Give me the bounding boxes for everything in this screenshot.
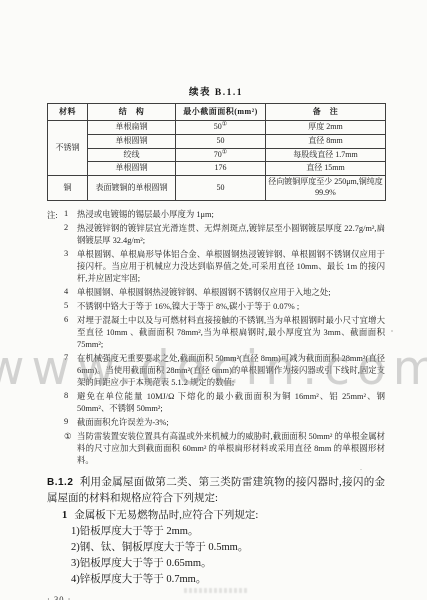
note-number: 3 <box>64 249 77 285</box>
material-cell-copper: 铜 <box>48 176 88 201</box>
structure-cell: 表面镀铜的单根圆钢 <box>88 176 176 201</box>
note-text: 对埋于混凝土中以及与可燃材料直接接触的不锈钢,当为单根圆钢时最小尺寸宜增大至直径… <box>77 315 385 351</box>
section-item-text: 金属板下无易燃物品时,应符合下列规定: <box>74 510 258 521</box>
page-number: · 30 · <box>47 594 385 600</box>
area-value: 50 <box>214 122 222 131</box>
note-text: 截面面积允许误差为-3%; <box>77 417 385 429</box>
note-number: 8 <box>64 391 77 415</box>
structure-cell: 绞线 <box>88 148 176 162</box>
note-text: 热浸或电镀锡的锡层最小厚度为 1μm; <box>77 209 385 221</box>
area-value: 176 <box>215 163 227 172</box>
col-header-remark: 备 注 <box>266 104 386 121</box>
area-value: 70 <box>214 150 222 159</box>
remark-cell: 直径 15mm <box>266 162 386 176</box>
notes-label-spacer <box>47 287 64 299</box>
section-b12: B.1.2利用金属屋面做第二类、第三类防雷建筑物的接闪器时,接闪的金属屋面的材料… <box>47 475 385 588</box>
note-number-circled: ① <box>64 431 77 467</box>
note-number: 9 <box>64 417 77 429</box>
note-text: 在机械强度无重要要求之处,截面面积 50mm²(直径 8mm)可减为截面面积 2… <box>77 353 385 389</box>
section-code: B.1.2 <box>47 477 73 488</box>
footer-faint-print <box>184 588 248 593</box>
page-content: 续表 B.1.1 材料 结 构 最小截面面积(mm²) 备 注 不锈钢 单根扁钢… <box>47 84 385 600</box>
note-item: 7 在机械强度无重要要求之处,截面面积 50mm²(直径 8mm)可减为截面面积… <box>47 353 385 389</box>
scanned-document-page: 续表 B.1.1 材料 结 构 最小截面面积(mm²) 备 注 不锈钢 单根扁钢… <box>0 0 427 600</box>
conductor-spec-table: 材料 结 构 最小截面面积(mm²) 备 注 不锈钢 单根扁钢 50① 厚度 2… <box>47 103 386 201</box>
note-item: 8 避免在单位能量 10MJ/Ω 下熔化的最小截面面积为铜 16mm²、铝 25… <box>47 391 385 415</box>
material-cell-stainless: 不锈钢 <box>48 121 88 176</box>
table-title: 续表 B.1.1 <box>47 84 385 98</box>
area-cell: 176 <box>176 162 266 176</box>
note-text: 单根圆钢、单根圆钢热浸镀锌钢、单根圆钢不锈钢仅应用于入地之处; <box>77 287 385 299</box>
note-text: 热浸镀锌钢的镀锌层宜光滑连贯、无焊剂斑点,镀锌层至小圆钢镀层厚度 22.7g/m… <box>77 223 385 247</box>
note-number: 7 <box>64 353 77 389</box>
table-row: 不锈钢 单根扁钢 50① 厚度 2mm <box>48 121 386 135</box>
remark-cell: 每股线直径 1.7mm <box>266 148 386 162</box>
subitem-steel-titanium-copper-plate: 2)钢、钛、铜板厚度大于等于 0.5mm。 <box>47 540 385 556</box>
note-item-footnote: ① 当防雷装置安装位置具有高温或外来机械力的威胁时,截面面积 50mm² 的单根… <box>47 431 385 467</box>
note-text: 不锈钢中铬大于等于 16%,镍大于等于 8%,碳小于等于 0.07% ; <box>77 301 385 313</box>
table-row: 绞线 70① 每股线直径 1.7mm <box>48 148 386 162</box>
footnote-marker: ① <box>222 121 227 127</box>
notes-label-spacer <box>47 223 64 247</box>
section-intro: B.1.2利用金属屋面做第二类、第三类防雷建筑物的接闪器时,接闪的金属屋面的材料… <box>47 475 385 507</box>
col-header-structure: 结 构 <box>88 104 176 121</box>
remark-cell: 厚度 2mm <box>266 121 386 135</box>
note-item: 注: 1 热浸或电镀锡的锡层最小厚度为 1μm; <box>47 209 385 221</box>
area-cell: 50① <box>176 121 266 135</box>
notes-label-spacer <box>47 391 64 415</box>
subitem-zinc-plate: 4)锌板厚度大于等于 0.7mm。 <box>47 572 385 588</box>
note-number: 5 <box>64 301 77 313</box>
section-item-number: 1 <box>62 510 67 521</box>
note-text: 单根圆钢、单根扁形导体铝合金、单根圆钢热浸镀锌钢、单根圆钢不锈钢仅应用于接闪杆。… <box>77 249 385 285</box>
table-header-row: 材料 结 构 最小截面面积(mm²) 备 注 <box>48 104 386 121</box>
remark-cell: 直径 8mm <box>266 134 386 148</box>
structure-cell: 单根圆钢 <box>88 162 176 176</box>
notes-label: 注: <box>47 209 64 221</box>
note-item: 4 单根圆钢、单根圆钢热浸镀锌钢、单根圆钢不锈钢仅应用于入地之处; <box>47 287 385 299</box>
note-number: 1 <box>64 209 77 221</box>
area-cell: 50 <box>176 176 266 201</box>
col-header-material: 材料 <box>48 104 88 121</box>
note-item: 5 不锈钢中铬大于等于 16%,镍大于等于 8%,碳小于等于 0.07% ; <box>47 301 385 313</box>
structure-cell: 单根扁钢 <box>88 121 176 135</box>
scan-speck <box>391 330 393 332</box>
section-intro-text: 利用金属屋面做第二类、第三类防雷建筑物的接闪器时,接闪的金属屋面的材料和规格应符… <box>47 477 385 504</box>
table-row: 单根圆钢 50 直径 8mm <box>48 134 386 148</box>
table-row: 单根圆钢 176 直径 15mm <box>48 162 386 176</box>
notes-label-spacer <box>47 417 64 429</box>
section-item-1: 1金属板下无易燃物品时,应符合下列规定: <box>47 508 385 524</box>
note-item: 3 单根圆钢、单根扁形导体铝合金、单根圆钢热浸镀锌钢、单根圆钢不锈钢仅应用于接闪… <box>47 249 385 285</box>
col-header-min-area: 最小截面面积(mm²) <box>176 104 266 121</box>
note-item: 9 截面面积允许误差为-3%; <box>47 417 385 429</box>
table-notes: 注: 1 热浸或电镀锡的锡层最小厚度为 1μm; 2 热浸镀锌钢的镀锌层宜光滑连… <box>47 209 385 467</box>
remark-cell: 径向镀铜厚度至少 250μm,铜纯度 99.9% <box>266 176 386 201</box>
table-row: 铜 表面镀铜的单根圆钢 50 径向镀铜厚度至少 250μm,铜纯度 99.9% <box>48 176 386 201</box>
note-number: 4 <box>64 287 77 299</box>
subitem-lead-plate: 1)铅板厚度大于等于 2mm。 <box>47 524 385 540</box>
area-value: 50 <box>217 136 225 145</box>
note-item: 6 对埋于混凝土中以及与可燃材料直接接触的不锈钢,当为单根圆钢时最小尺寸宜增大至… <box>47 315 385 351</box>
note-text: 当防雷装置安装位置具有高温或外来机械力的威胁时,截面面积 50mm² 的单根金属… <box>77 431 385 467</box>
area-cell: 50 <box>176 134 266 148</box>
subitem-aluminum-plate: 3)铝板厚度大于等于 0.65mm。 <box>47 556 385 572</box>
scan-speck <box>360 469 362 470</box>
notes-label-spacer <box>47 249 64 285</box>
notes-label-spacer <box>47 353 64 389</box>
note-number: 2 <box>64 223 77 247</box>
note-item: 2 热浸镀锌钢的镀锌层宜光滑连贯、无焊剂斑点,镀锌层至小圆钢镀层厚度 22.7g… <box>47 223 385 247</box>
notes-label-spacer <box>47 301 64 313</box>
footnote-marker: ① <box>222 149 227 155</box>
area-cell: 70① <box>176 148 266 162</box>
notes-label-spacer <box>47 431 64 467</box>
notes-label-spacer <box>47 315 64 351</box>
note-text: 避免在单位能量 10MJ/Ω 下熔化的最小截面面积为铜 16mm²、铝 25mm… <box>77 391 385 415</box>
note-number: 6 <box>64 315 77 351</box>
structure-cell: 单根圆钢 <box>88 134 176 148</box>
